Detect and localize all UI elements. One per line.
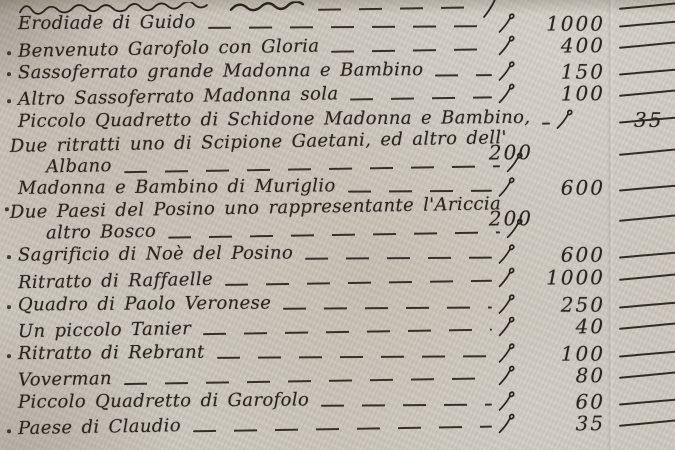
leader-dashes [217,355,492,359]
leader-dashes [305,257,492,261]
leader-flourish-icon [556,108,573,129]
item-dot [7,354,11,358]
item-dot [7,72,11,76]
margin-rule-line [619,322,675,330]
leader-dashes [168,231,500,239]
leader-flourish-icon [498,412,515,433]
margin-rule-line [619,419,675,427]
leader-dashes [124,165,500,173]
item-text: Paese di Claudio [18,415,181,439]
item-text: Ritratto di Rebrant [18,341,205,363]
leader-dashes [283,307,492,311]
leader-flourish-icon [498,82,515,103]
leader-dashes [203,329,492,336]
leader-flourish-icon [498,315,515,336]
margin-rule-line [619,2,675,10]
margin-rule-line [619,301,675,309]
margin-rule-line [619,371,675,379]
item-dot [7,429,11,433]
item-value: 600 [517,242,615,266]
leader-dashes [435,74,492,77]
margin-rule-line [619,68,675,76]
leader-flourish-icon [498,342,515,363]
leader-flourish-icon [498,390,515,411]
item-dot [5,207,9,211]
item-text: Quadro di Paolo Veronese [18,292,271,315]
item-text: Piccolo Quadretto di Garofolo [18,389,309,412]
item-dot [7,99,11,103]
item-value: 35 [517,411,615,436]
item-value: 100 [517,81,615,106]
leader-dashes [321,404,492,407]
item-text: Madonna e Bambino di Muriglio [18,175,336,198]
column-spacer [525,162,675,163]
manuscript-page: Erodiade di Guido1000Benvenuto Garofolo … [0,0,675,450]
margin-rule-line [619,350,675,358]
leader-flourish-icon [498,243,515,264]
ledger-row: Due Paesi del Posino uno rappresentante … [0,194,675,247]
leader-dashes [542,123,550,125]
margin-rule-line [619,273,675,281]
leader-flourish-icon [498,12,515,33]
margin-rule-line [619,89,675,97]
leader-flourish-icon [498,266,515,287]
leader-flourish-icon [498,293,515,314]
item-dot [7,51,11,55]
margin-rule-line [619,20,675,28]
item-value: 200 [489,140,543,164]
item-dot [7,305,11,309]
leader-dashes [331,49,492,54]
leader-dashes [193,426,492,433]
margin-rule-line [619,251,675,259]
margin-rule-line [619,398,675,406]
item-text: Sagrificio di Noè del Posino [18,242,293,265]
item-text: Ritratto di Raffaelle [18,268,213,292]
ledger-row: Paese di Claudio35 [0,410,675,441]
ledger-rows: Erodiade di Guido1000Benvenuto Garofolo … [0,0,675,450]
item-text: Un piccolo Tanier [18,318,191,342]
item-dot [7,255,11,259]
column-spacer [525,228,675,229]
item-value: 400 [517,33,615,58]
leader-flourish-icon [498,34,515,55]
leader-dashes [124,378,492,386]
leader-dashes [225,280,492,287]
margin-rule-line [619,184,675,192]
item-value: 1000 [517,265,615,290]
leader-dashes [208,25,492,29]
item-value: 200 [489,206,543,230]
item-text: Sassoferrato grande Madonna e Bambino [18,59,424,83]
leader-flourish-icon [498,60,515,81]
item-value: 80 [517,363,615,388]
item-text: Erodiade di Guido [18,11,196,33]
leader-dashes [350,97,492,102]
margin-rule-line [619,41,675,49]
item-value: 40 [517,314,615,339]
leader-flourish-icon [498,364,515,385]
